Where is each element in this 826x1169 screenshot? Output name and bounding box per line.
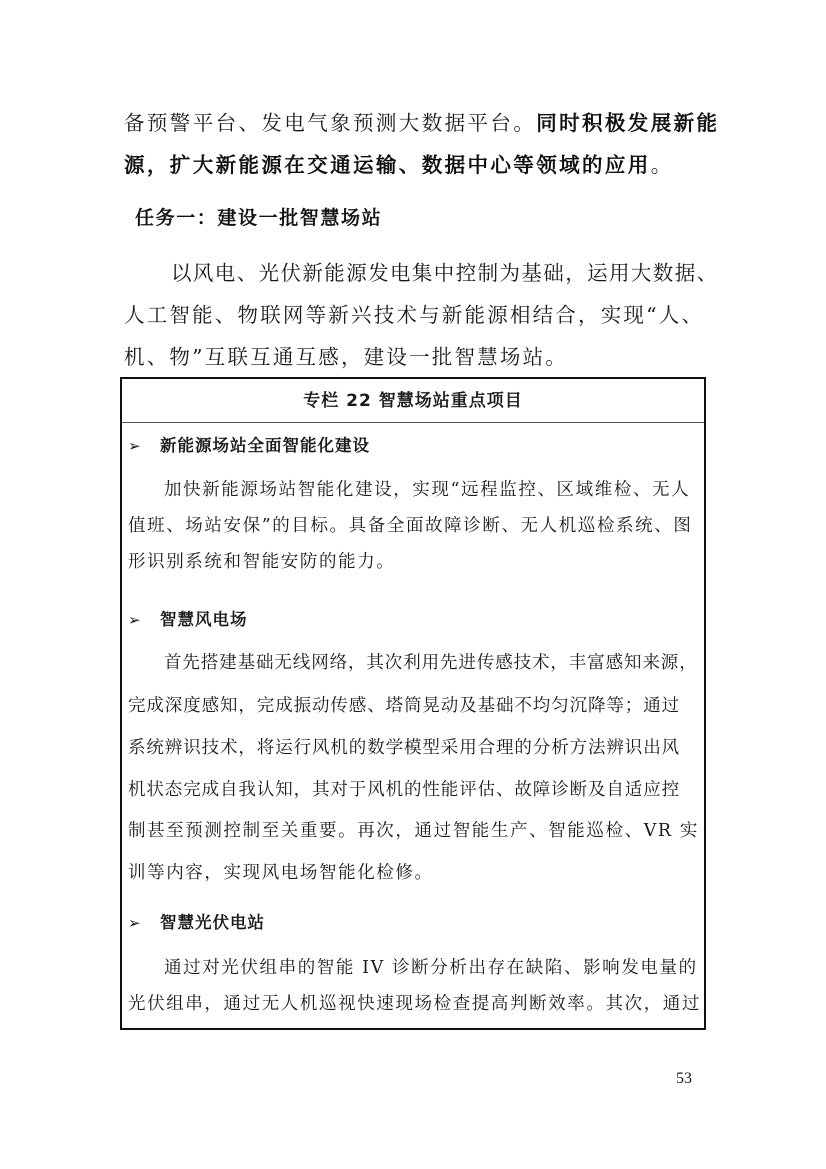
- intro-line-1: 以风电、光伏新能源发电集中控制为基础，运用大数据、: [171, 261, 719, 285]
- section-2-line-2: 完成深度感知，完成振动传感、塔筒晃动及基础不均匀沉降等；通过: [128, 695, 680, 717]
- section-2-line-6: 训等内容，实现风电场智能化检修。: [128, 862, 434, 884]
- arrow-bullet-icon: ➢: [128, 609, 150, 631]
- body-line-1-bold: 同时积极发展新能: [536, 111, 719, 135]
- section-3-line-2: 光伏组串，通过无人机巡视快速现场检查提高判断效率。其次，通过: [128, 993, 701, 1015]
- body-line-1: 备预警平台、发电气象预测大数据平台。同时积极发展新能: [124, 111, 719, 135]
- section-1-line-3: 形识别系统和智能安防的能力。: [128, 551, 395, 573]
- section-title: 智慧风电场: [160, 610, 248, 629]
- body-line-1-normal: 备预警平台、发电气象预测大数据平台。: [124, 111, 536, 135]
- section-2-line-1: 首先搭建基础无线网络，其次利用先进传感技术，丰富感知来源，: [164, 652, 698, 674]
- task-heading: 任务一：建设一批智慧场站: [135, 206, 382, 230]
- section-2-line-3: 系统辨识技术，将运行风机的数学模型采用合理的分析方法辨识出风: [128, 737, 680, 759]
- section-2-line-5: 制甚至预测控制至关重要。再次，通过智能生产、智能巡检、VR 实: [128, 820, 699, 842]
- section-3-line-1: 通过对光伏组串的智能 IV 诊断分析出存在缺陷、影响发电量的: [164, 957, 698, 979]
- feature-box-title: 专栏 22 智慧场站重点项目: [122, 379, 704, 423]
- section-heading-smart-station: ➢新能源场站全面智能化建设: [128, 435, 370, 457]
- section-2-line-4: 机状态完成自我认知，其对于风机的性能评估、故障诊断及自适应控: [128, 779, 680, 801]
- arrow-bullet-icon: ➢: [128, 435, 150, 457]
- body-line-2-end: 。: [651, 153, 674, 177]
- section-title: 智慧光伏电站: [160, 913, 265, 932]
- body-line-2: 源，扩大新能源在交通运输、数据中心等领域的应用。: [124, 153, 674, 177]
- page-number: 53: [676, 1070, 692, 1088]
- feature-box: 专栏 22 智慧场站重点项目 ➢新能源场站全面智能化建设 加快新能源场站智能化建…: [120, 377, 706, 1030]
- arrow-bullet-icon: ➢: [128, 912, 150, 934]
- body-line-2-bold: 源，扩大新能源在交通运输、数据中心等领域的应用: [124, 153, 651, 177]
- intro-line-3: 机、物”互联互通互感，建设一批智慧场站。: [124, 345, 568, 369]
- section-heading-smart-pv-station: ➢智慧光伏电站: [128, 912, 265, 934]
- section-title: 新能源场站全面智能化建设: [160, 436, 370, 455]
- section-1-line-2: 值班、场站安保”的目标。具备全面故障诊断、无人机巡检系统、图: [128, 515, 692, 537]
- section-heading-smart-wind-farm: ➢智慧风电场: [128, 609, 248, 631]
- section-1-line-1: 加快新能源场站智能化建设，实现“远程监控、区域维检、无人: [164, 479, 690, 501]
- intro-line-2: 人工智能、物联网等新兴技术与新能源相结合，实现“人、: [124, 303, 704, 327]
